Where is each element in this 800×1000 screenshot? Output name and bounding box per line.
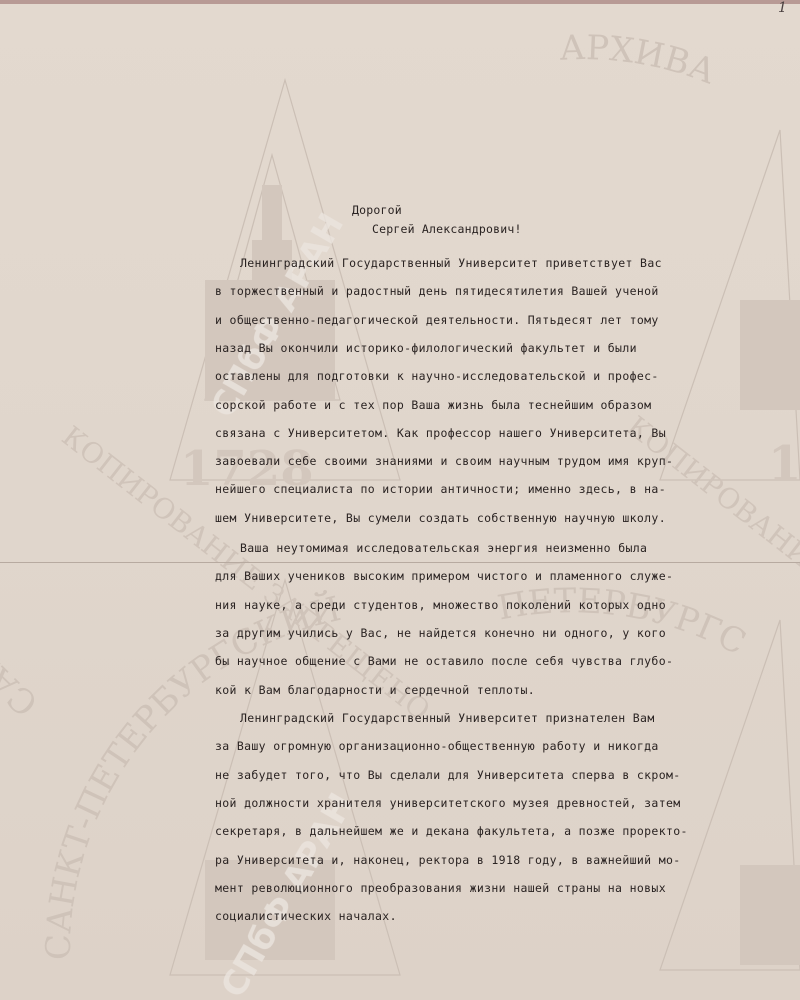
svg-text:1: 1 (768, 436, 800, 492)
svg-text:ПЕТЕРБУРГС: ПЕТЕРБУРГС (495, 581, 753, 663)
paragraph-2-line: для Ваших учеников высоким примером чист… (215, 569, 673, 583)
paragraph-3-line: Ленинградский Государственный Университе… (240, 711, 655, 725)
paragraph-2-line: за другим учились у Вас, не найдется кон… (215, 626, 666, 640)
paragraph-2-line: кой к Вам благодарности и сердечной тепл… (215, 683, 535, 697)
paragraph-3-line: секретаря, в дальнейшем же и декана факу… (215, 824, 688, 838)
paragraph-1-line: сорской работе и с тех пор Ваша жизнь бы… (215, 398, 651, 412)
paragraph-1-line: в торжественный и радостный день пятидес… (215, 284, 659, 298)
paragraph-1-line: нейшего специалиста по истории античност… (215, 482, 666, 496)
salutation-line-2: Сергей Александрович! (372, 222, 522, 236)
paragraph-3-line: не забудет того, что Вы сделали для Унив… (215, 768, 681, 782)
paragraph-1-line: шем Университете, Вы сумели создать собс… (215, 511, 666, 525)
paragraph-1-line: Ленинградский Государственный Университе… (240, 256, 662, 270)
paragraph-3-line: социалистических началах. (215, 909, 397, 923)
archive-watermark: 1728 1 САНКТ-ПЕТЕРБУРГСКИЙ ФИЛИАЛ АРХИВА… (0, 0, 800, 1000)
svg-text:САНКТ-ПЕТЕРБУРГСКИЙ ФИЛИАЛ: САНКТ-ПЕТЕРБУРГСКИЙ ФИЛИАЛ (0, 95, 46, 723)
paragraph-2-line: бы научное общение с Вами не оставило по… (215, 654, 673, 668)
paragraph-3-line: ра Университета и, наконец, ректора в 19… (215, 853, 681, 867)
svg-text:АРХИВА: АРХИВА (559, 28, 721, 93)
paragraph-1-line: завоевали себе своими знаниями и своим н… (215, 454, 673, 468)
paper-fold-line (0, 562, 800, 563)
paragraph-1-line: назад Вы окончили историко-филологически… (215, 341, 637, 355)
page-number: 1 (778, 0, 787, 16)
salutation-line-1: Дорогой (352, 203, 402, 217)
paragraph-3-line: мент революционного преобразования жизни… (215, 881, 666, 895)
paragraph-1-line: оставлены для подготовки к научно-исслед… (215, 369, 659, 383)
paragraph-2-line: Ваша неутомимая исследовательская энерги… (240, 541, 647, 555)
paragraph-3-line: ной должности хранителя университетского… (215, 796, 681, 810)
paragraph-1-line: и общественно-педагогической деятельност… (215, 313, 659, 327)
paragraph-3-line: за Вашу огромную организационно-обществе… (215, 739, 659, 753)
paragraph-1-line: связана с Университетом. Как профессор н… (215, 426, 666, 440)
paragraph-2-line: ния науке, а среди студентов, множество … (215, 598, 666, 612)
